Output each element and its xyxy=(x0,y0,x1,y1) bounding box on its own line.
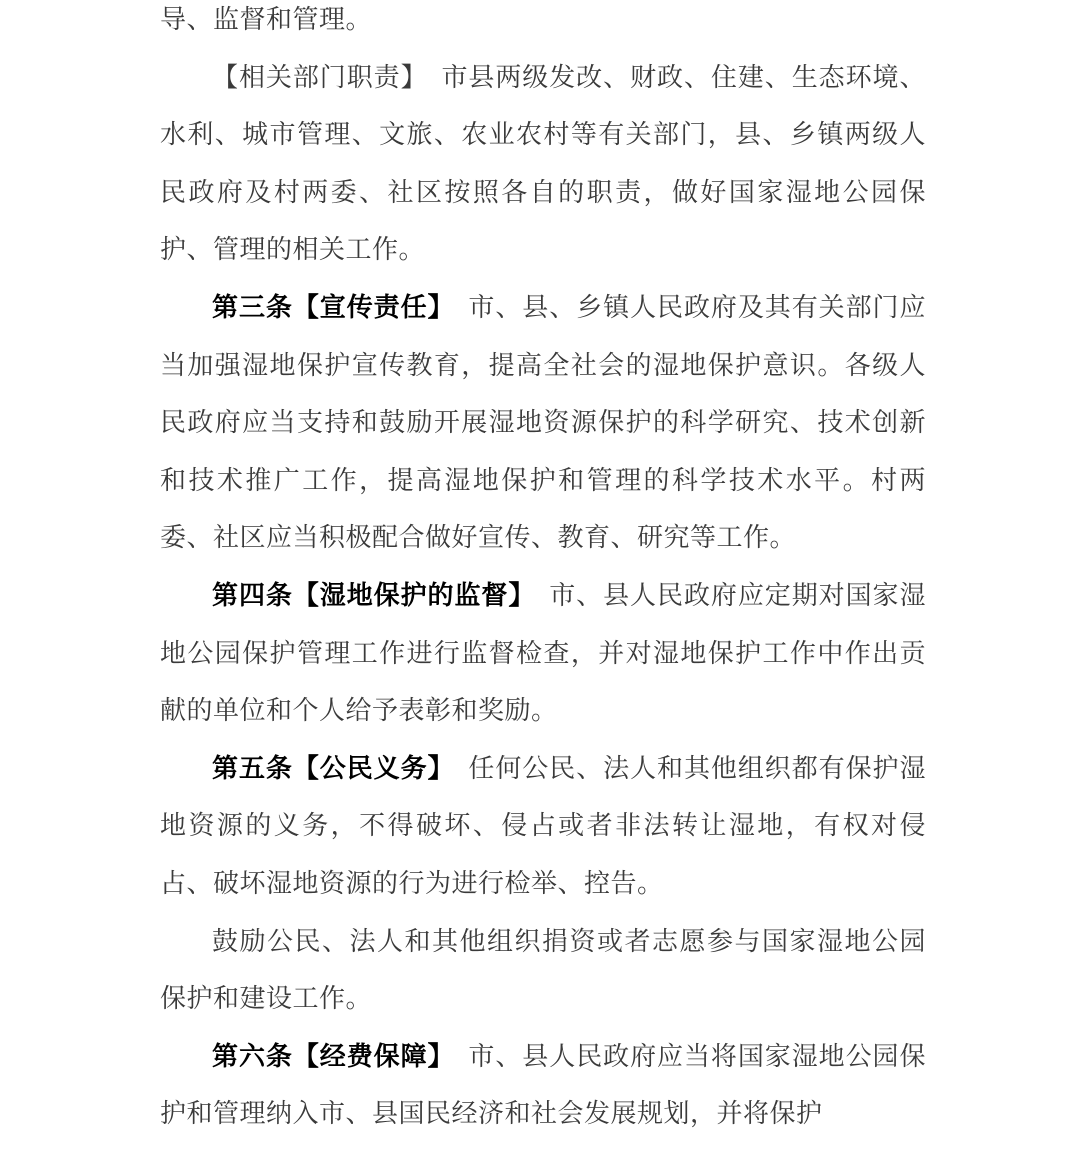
document-body: 导、监督和管理。【相关部门职责】 市县两级发改、财政、住建、生态环境、水利、城市… xyxy=(160,0,926,1144)
paragraph-continuation-top: 导、监督和管理。 xyxy=(160,0,926,50)
article-heading: 第四条【湿地保护的监督】 xyxy=(212,581,522,611)
paragraph-related-departments-duties: 【相关部门职责】 市县两级发改、财政、住建、生态环境、水利、城市管理、文旅、农业… xyxy=(160,50,926,280)
paragraph-article-3-publicity-duty: 第三条【宣传责任】 市、县、乡镇人民政府及其有关部门应当加强湿地保护宣传教育，提… xyxy=(160,280,926,568)
article-heading: 第五条【公民义务】 xyxy=(212,754,441,784)
article-heading: 第六条【经费保障】 xyxy=(212,1042,441,1072)
paragraph-article-6-funding-guarantee: 第六条【经费保障】 市、县人民政府应当将国家湿地公园保护和管理纳入市、县国民经济… xyxy=(160,1029,926,1144)
paragraph-article-5-citizen-obligation: 第五条【公民义务】 任何公民、法人和其他组织都有保护湿地资源的义务，不得破坏、侵… xyxy=(160,741,926,914)
paragraph-text: 鼓励公民、法人和其他组织捐资或者志愿参与国家湿地公园保护和建设工作。 xyxy=(160,927,926,1015)
article-heading: 第三条【宣传责任】 xyxy=(212,293,441,323)
paragraph-text: 市、县、乡镇人民政府及其有关部门应当加强湿地保护宣传教育，提高全社会的湿地保护意… xyxy=(160,293,926,553)
paragraph-article-4-wetland-protection-supervision: 第四条【湿地保护的监督】 市、县人民政府应定期对国家湿地公园保护管理工作进行监督… xyxy=(160,568,926,741)
paragraph-text: 【相关部门职责】 市县两级发改、财政、住建、生态环境、水利、城市管理、文旅、农业… xyxy=(160,63,926,266)
paragraph-encourage-donation-volunteer: 鼓励公民、法人和其他组织捐资或者志愿参与国家湿地公园保护和建设工作。 xyxy=(160,914,926,1029)
paragraph-text: 导、监督和管理。 xyxy=(160,5,372,35)
document-page: 导、监督和管理。【相关部门职责】 市县两级发改、财政、住建、生态环境、水利、城市… xyxy=(0,0,1080,1153)
